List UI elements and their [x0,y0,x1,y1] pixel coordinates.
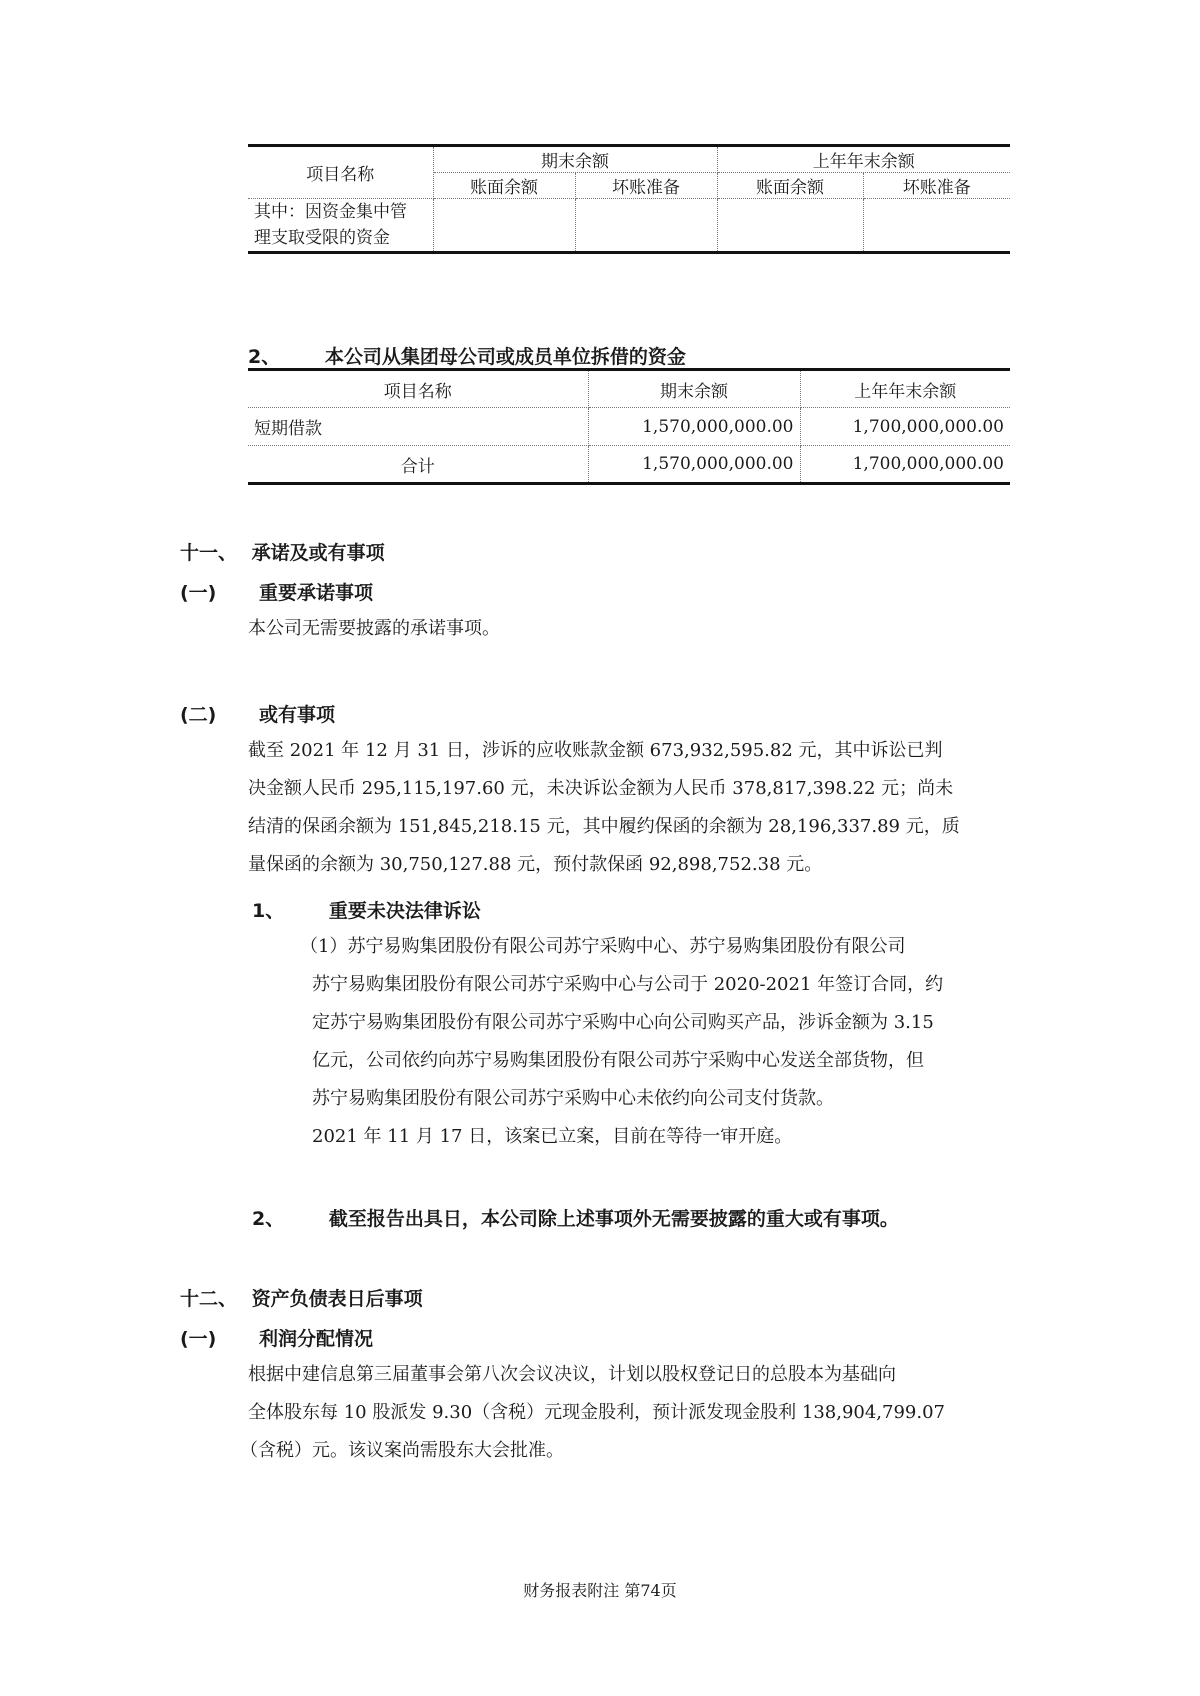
item-heading: 2、 截至报告出具日，本公司除上述事项外无需要披露的重大或有事项。 [252,1204,899,1231]
col-header-period-end: 期末余额 [433,146,717,173]
paragraph-line: 苏宁易购集团股份有限公司苏宁采购中心与公司于 2020-2021 年签订合同，约 [312,976,943,994]
cell-value: 1,570,000,000.00 [588,446,800,484]
cell-value: 1,700,000,000.00 [800,408,1010,446]
col-header-period-end: 期末余额 [588,370,800,408]
col-header-prior-year-end: 上年年末余额 [717,146,1010,173]
paragraph-line: 根据中建信息第三届董事会第八次会议决议，计划以股权登记日的总股本为基础向 [248,1366,896,1384]
col-header-bad-debt: 坏账准备 [863,173,1010,199]
paragraph-line: 截至 2021 年 12 月 31 日，涉诉的应收账款金额 673,932,59… [248,742,943,760]
paragraph-line: （1）苏宁易购集团股份有限公司苏宁采购中心、苏宁易购集团股份有限公司 [300,938,905,956]
subsection-heading: (一) 重要承诺事项 [180,578,373,605]
cell-value [717,199,863,253]
col-header-book-balance: 账面余额 [433,173,575,199]
cell-value: 1,570,000,000.00 [588,408,800,446]
paragraph-line: 全体股东每 10 股派发 9.30（含税）元现金股利，预计派发现金股利 138,… [248,1404,945,1422]
borrowed-funds-table: 项目名称 期末余额 上年年末余额 短期借款 1,570,000,000.00 1… [248,368,1010,485]
col-header-bad-debt: 坏账准备 [575,173,717,199]
paragraph: 本公司无需要披露的承诺事项。 [248,620,500,638]
paragraph-line: 定苏宁易购集团股份有限公司苏宁采购中心向公司购买产品，涉诉金额为 3.15 [312,1014,934,1032]
table-row: 短期借款 1,570,000,000.00 1,700,000,000.00 [248,408,1010,446]
cell-value [575,199,717,253]
page-footer: 财务报表附注 第74页 [0,1578,1200,1601]
col-header-item-name: 项目名称 [248,146,433,199]
section-heading: 2、 本公司从集团母公司或成员单位拆借的资金 [248,342,686,369]
cell-value: 1,700,000,000.00 [800,446,1010,484]
subsection-heading: (二) 或有事项 [180,700,335,727]
paragraph-line: （含税）元。该议案尚需股东大会批准。 [240,1442,564,1460]
item-heading: 1、 重要未决法律诉讼 [252,896,481,923]
chapter-heading: 十二、 资产负债表日后事项 [180,1284,423,1311]
subsection-heading: (一) 利润分配情况 [180,1324,373,1351]
paragraph-line: 亿元，公司依约向苏宁易购集团股份有限公司苏宁采购中心发送全部货物，但 [312,1052,924,1070]
cell-value [433,199,575,253]
col-header-book-balance: 账面余额 [717,173,863,199]
document-page: 项目名称 期末余额 上年年末余额 账面余额 坏账准备 账面余额 坏账准备 其中：… [0,0,1200,1696]
table-row: 其中：因资金集中管 理支取受限的资金 [248,199,1010,253]
paragraph-line: 2021 年 11 月 17 日，该案已立案，目前在等待一审开庭。 [312,1128,792,1146]
paragraph-line: 量保函的余额为 30,750,127.88 元，预付款保函 92,898,752… [248,856,822,874]
row-label: 短期借款 [248,408,588,446]
paragraph-line: 苏宁易购集团股份有限公司苏宁采购中心未依约向公司支付货款。 [312,1090,834,1108]
col-header-prior-year-end: 上年年末余额 [800,370,1010,408]
paragraph-line: 结清的保函余额为 151,845,218.15 元，其中履约保函的余额为 28,… [248,818,960,836]
paragraph-line: 决金额人民币 295,115,197.60 元，未决诉讼金额为人民币 378,8… [248,780,953,798]
col-header-item-name: 项目名称 [248,370,588,408]
table-row-total: 合计 1,570,000,000.00 1,700,000,000.00 [248,446,1010,484]
cell-value [863,199,1010,253]
row-label: 其中：因资金集中管 理支取受限的资金 [248,199,433,253]
row-label: 合计 [248,446,588,484]
chapter-heading: 十一、 承诺及或有事项 [180,538,385,565]
restricted-funds-table: 项目名称 期末余额 上年年末余额 账面余额 坏账准备 账面余额 坏账准备 其中：… [248,144,1010,254]
